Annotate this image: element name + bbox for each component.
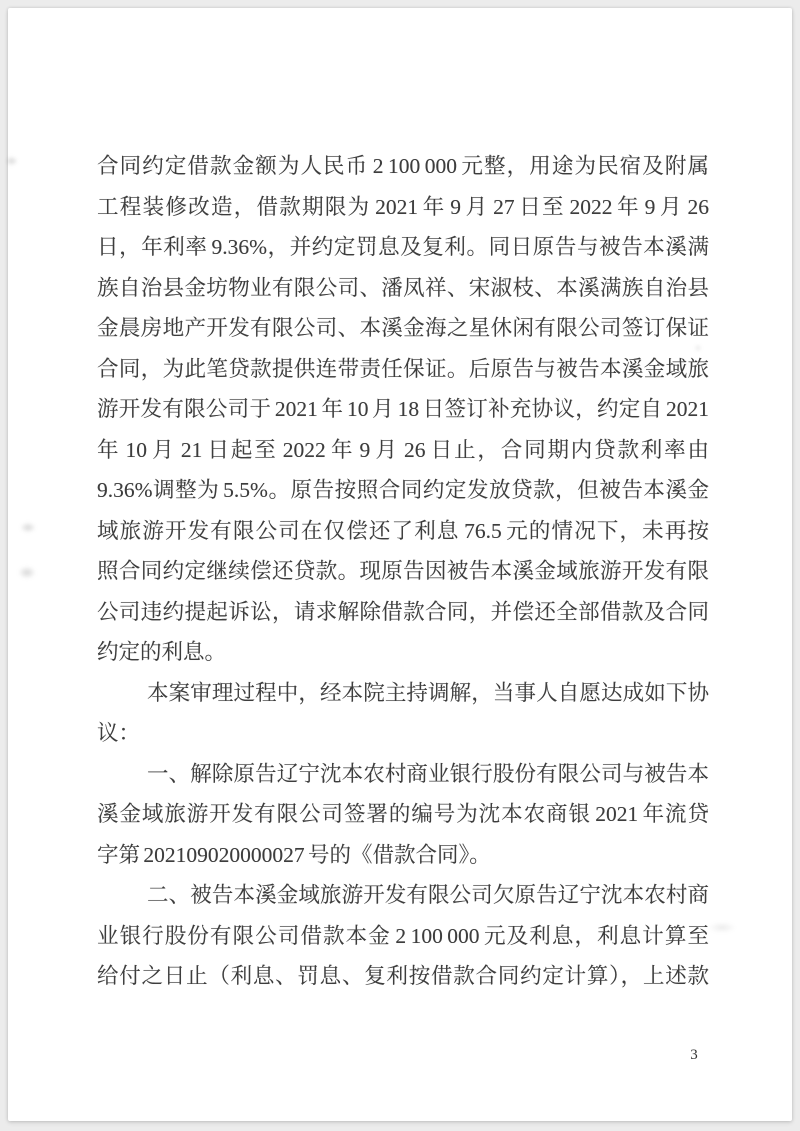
text-line: 溪金域旅游开发有限公司签署的编号为沈本农商银 2021 年流贷 bbox=[97, 794, 709, 835]
text-line: 议： bbox=[97, 713, 709, 754]
text-line: 本案审理过程中，经本院主持调解，当事人自愿达成如下协 bbox=[97, 673, 709, 714]
document-text-block: 合同约定借款金额为人民币 2 100 000 元整，用途为民宿及附属工程装修改造… bbox=[97, 146, 709, 997]
text-line: 二、被告本溪金域旅游开发有限公司欠原告辽宁沈本农村商 bbox=[97, 875, 709, 916]
text-line: 工程装修改造，借款期限为 2021 年 9 月 27 日至 2022 年 9 月… bbox=[97, 187, 709, 228]
text-line: 9.36%调整为 5.5%。原告按照合同约定发放贷款，但被告本溪金 bbox=[97, 470, 709, 511]
scan-artifact bbox=[20, 522, 36, 533]
text-line: 域旅游开发有限公司在仅偿还了利息 76.5 元的情况下，未再按 bbox=[97, 511, 709, 552]
scan-artifact bbox=[18, 566, 36, 579]
scan-artifact bbox=[708, 922, 736, 933]
text-line: 一、解除原告辽宁沈本农村商业银行股份有限公司与被告本 bbox=[97, 754, 709, 795]
text-line: 字第 202109020000027 号的《借款合同》。 bbox=[97, 835, 709, 876]
text-line: 业银行股份有限公司借款本金 2 100 000 元及利息，利息计算至 bbox=[97, 916, 709, 957]
text-line: 金晨房地产开发有限公司、本溪金海之星休闲有限公司签订保证 bbox=[97, 308, 709, 349]
scan-background: 合同约定借款金额为人民币 2 100 000 元整，用途为民宿及附属工程装修改造… bbox=[0, 0, 800, 1131]
text-line: 公司违约提起诉讼，请求解除借款合同，并偿还全部借款及合同 bbox=[97, 592, 709, 633]
scan-artifact bbox=[5, 156, 18, 166]
text-line: 年 10 月 21 日起至 2022 年 9 月 26 日止，合同期内贷款利率由 bbox=[97, 430, 709, 471]
text-line: 日，年利率 9.36%，并约定罚息及复利。同日原告与被告本溪满 bbox=[97, 227, 709, 268]
text-line: 合同，为此笔贷款提供连带责任保证。后原告与被告本溪金域旅 bbox=[97, 349, 709, 390]
text-line: 照合同约定继续偿还贷款。现原告因被告本溪金域旅游开发有限 bbox=[97, 551, 709, 592]
text-line: 约定的利息。 bbox=[97, 632, 709, 673]
paper-sheet: 合同约定借款金额为人民币 2 100 000 元整，用途为民宿及附属工程装修改造… bbox=[8, 8, 792, 1121]
text-line: 族自治县金坊物业有限公司、潘凤祥、宋淑枝、本溪满族自治县 bbox=[97, 268, 709, 309]
text-line: 合同约定借款金额为人民币 2 100 000 元整，用途为民宿及附属 bbox=[97, 146, 709, 187]
text-line: 给付之日止（利息、罚息、复利按借款合同约定计算），上述款 bbox=[97, 956, 709, 997]
text-line: 游开发有限公司于 2021 年 10 月 18 日签订补充协议，约定自 2021 bbox=[97, 389, 709, 430]
page-number: 3 bbox=[684, 1046, 704, 1064]
